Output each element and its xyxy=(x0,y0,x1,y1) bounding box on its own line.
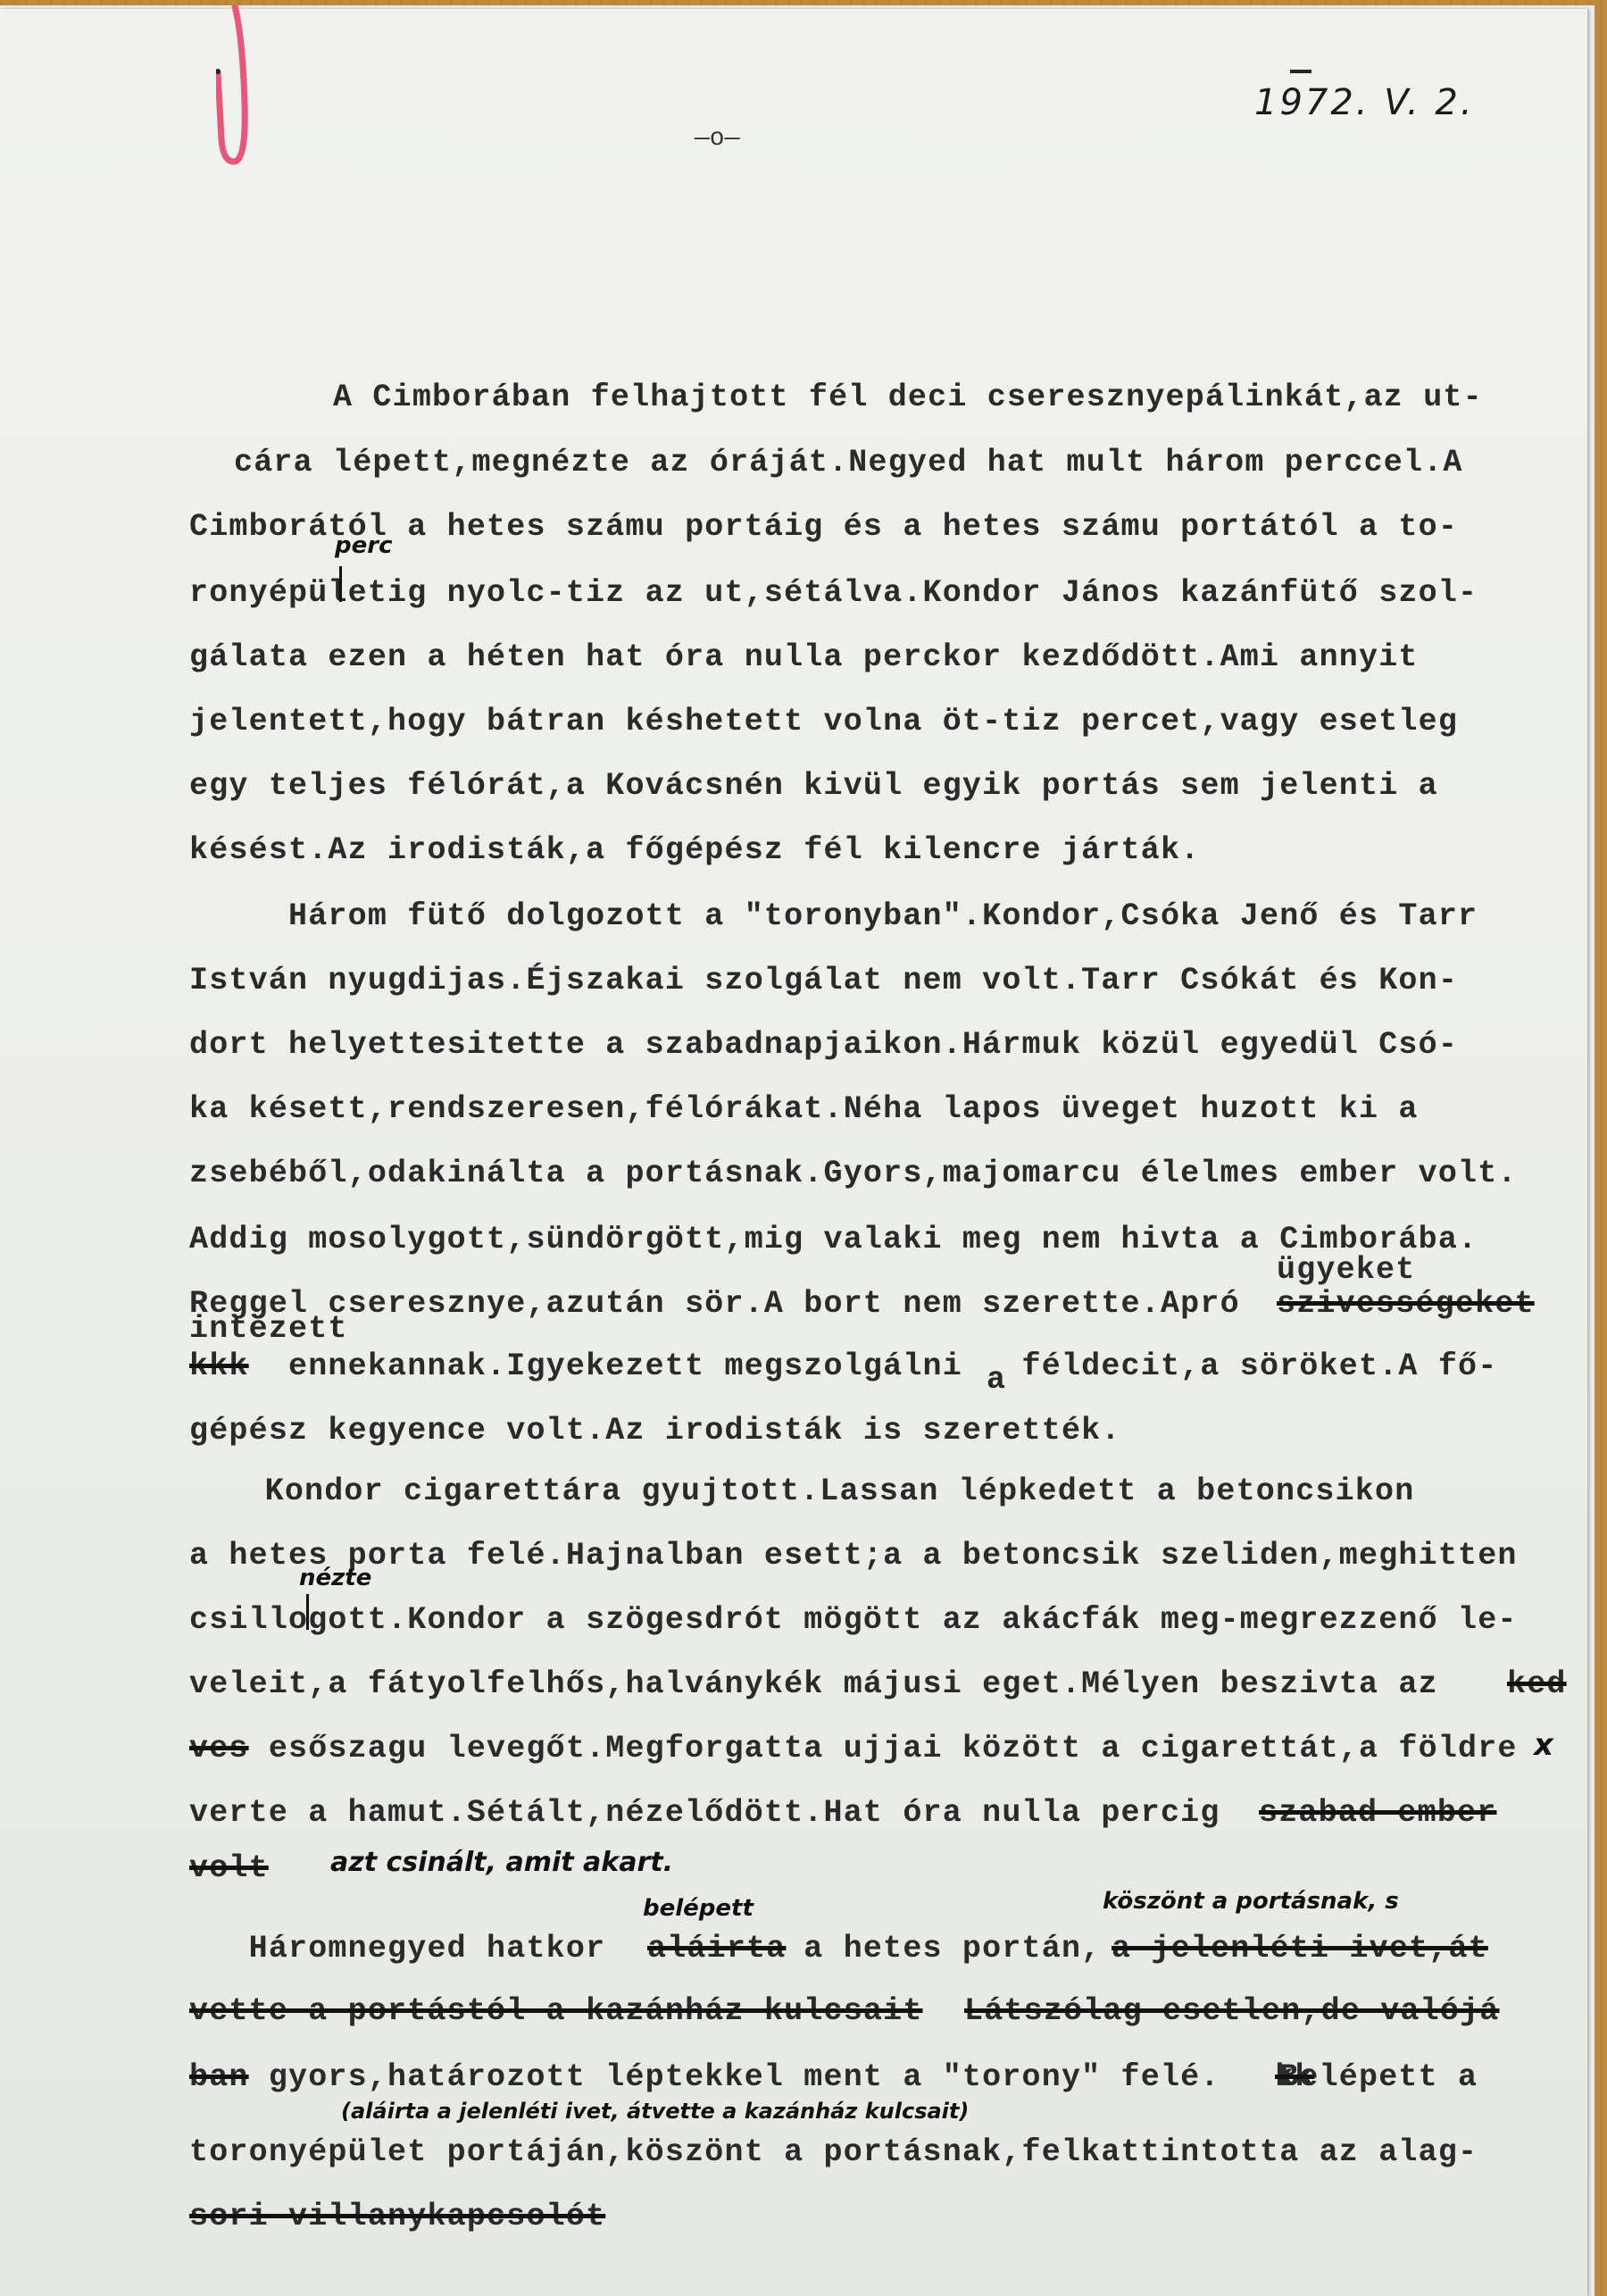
text-line: jelentett,hogy bátran késhetett volna öt… xyxy=(189,704,1458,739)
text-line: egy teljes félórát,a Kovácsnén kivül egy… xyxy=(189,768,1438,804)
struck-text: volt xyxy=(189,1850,269,1886)
struck-text: a jelenléti ivet,át xyxy=(1112,1931,1488,1966)
handwritten-azt-csinalt: azt csinált, amit akart. xyxy=(330,1847,673,1878)
text-line: Reggel cseresznye,azután sör.A bort nem … xyxy=(189,1286,1260,1322)
typed-insertion-ugyeket: ügyeket xyxy=(1277,1252,1415,1288)
struck-text: kkk xyxy=(189,1348,249,1384)
text-line: ennekannak.Igyekezett megszolgálni félde… xyxy=(189,1348,1497,1384)
handwritten-kulcsot-porta: köszönt a portásnak, s xyxy=(1103,1888,1399,1915)
text-line: késést.Az irodisták,a főgépész fél kilen… xyxy=(189,832,1200,868)
handwritten-belepett: belépett xyxy=(643,1895,754,1922)
text-line: ronyépületig nyolc-tiz az ut,sétálva.Kon… xyxy=(189,575,1478,611)
typed-insertion-a: a xyxy=(987,1362,1006,1398)
text-line: Kondor cigarettára gyujtott.Lassan lépke… xyxy=(205,1474,1414,1509)
struck-text: kk xyxy=(1275,2059,1314,2095)
text-line: veleit,a fátyolfelhős,halványkék májusi … xyxy=(189,1666,1438,1702)
struck-text: vette a portástól a kazánház kulcsait xyxy=(189,1993,923,2029)
text-line: dort helyettesitette a szabadnapjaikon.H… xyxy=(189,1027,1458,1063)
struck-text: aláirta xyxy=(647,1931,786,1966)
typewritten-page: 1972. V. 2. —o— A Cimborában felhajtott … xyxy=(0,9,1587,2296)
manuscript-text: A Cimborában felhajtott fél deci cseresz… xyxy=(0,9,1587,2296)
text-line: cára lépett,megnézte az óráját.Negyed ha… xyxy=(234,445,1463,480)
text-line: zsebéből,odakinálta a portásnak.Gyors,ma… xyxy=(189,1156,1518,1191)
text-line: verte a hamut.Sétált,nézelődött.Hat óra … xyxy=(189,1795,1220,1831)
handwritten-x-mark: x xyxy=(1534,1727,1553,1763)
struck-text: sori villanykapcsolót xyxy=(189,2199,605,2234)
handwritten-perc: perc xyxy=(335,532,392,559)
text-line: Háromnegyed hatkor a hetes portán, xyxy=(189,1931,1101,1966)
struck-text: ban xyxy=(189,2059,249,2095)
text-line: Három fütő dolgozott a "toronyban".Kondo… xyxy=(189,898,1478,934)
text-line: a hetes porta felé.Hajnalban esett;a a b… xyxy=(189,1538,1518,1574)
struck-text: ked xyxy=(1507,1666,1567,1702)
struck-text: szabad ember xyxy=(1259,1795,1496,1831)
text-line: István nyugdijas.Éjszakai szolgálat nem … xyxy=(189,963,1458,998)
struck-text: Látszólag esetlen,de valójá xyxy=(964,1993,1500,2029)
text-line: ka késett,rendszeresen,félórákat.Néha la… xyxy=(189,1091,1419,1127)
text-line: gépész kegyence volt.Az irodisták is sze… xyxy=(189,1413,1121,1449)
text-line: esőszagu levegőt.Megforgatta ujjai közöt… xyxy=(189,1731,1518,1766)
text-line: csillogott.Kondor a szögesdrót mögött az… xyxy=(189,1602,1518,1638)
handwritten-nezte: nézte xyxy=(299,1565,371,1591)
text-line: A Cimborában felhajtott fél deci cseresz… xyxy=(234,380,1483,415)
text-line: gálata ezen a héten hat óra nulla percko… xyxy=(189,639,1419,675)
handwritten-alairta-ivet: (aláirta a jelenléti ivet, átvette a kaz… xyxy=(341,2099,969,2124)
insertion-caret xyxy=(339,566,342,602)
struck-text: ves xyxy=(189,1731,249,1766)
typed-insertion-intezett: intézett xyxy=(189,1311,348,1347)
struck-text: szivességeket xyxy=(1277,1286,1535,1322)
text-line: toronyépület portáján,köszönt a portásna… xyxy=(189,2134,1478,2170)
